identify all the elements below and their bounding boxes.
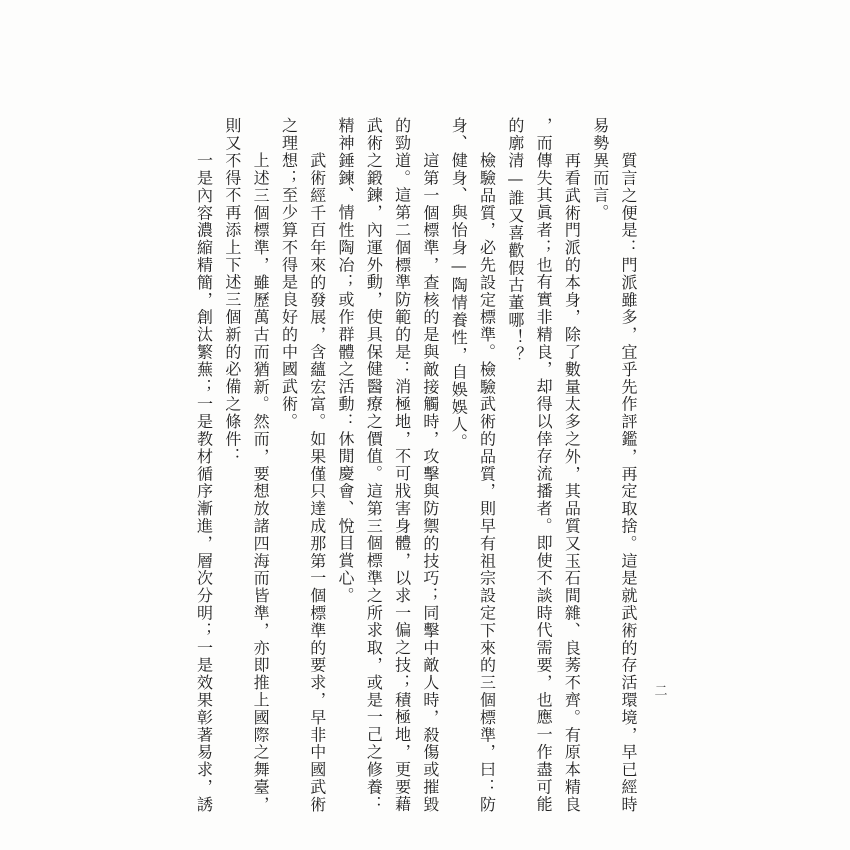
text-column: 武術經千百年來的發展，含蘊宏富。如果僅只達成那第一個標準的要求，早非中國武術	[302, 117, 330, 799]
book-page: 質言之便是：門派雖多，宜乎先作評鑑，再定取捨。這是就武術的存活環境，早已經時易勢…	[0, 0, 850, 850]
text-column: ，而傳失其眞者；也有實非精良，却得以倖存流播者。即使不談時代需要，也應一作盡可能	[529, 117, 557, 799]
text-column: 武術之鍛鍊，內運外動，使具保健醫療之價值。這第三個標準之所求取，或是一己之修養：	[359, 117, 387, 799]
text-column: 質言之便是：門派雖多，宜乎先作評鑑，再定取捨。這是就武術的存活環境，早已經時	[614, 117, 642, 799]
text-column: 則又不得不再添上下述三個新的必備之條件：	[218, 117, 246, 799]
text-column: 上述三個標準，雖歷萬古而猶新。然而，要想放諸四海而皆準，亦即推上國際之舞臺，	[246, 117, 274, 799]
text-column: 易勢異而言。	[585, 117, 613, 799]
text-column: 的廓清—誰又喜歡假古董哪！？	[501, 117, 529, 799]
text-column: 精神錘鍊、情性陶冶；或作群體之活動：休閒慶會、悅目賞心。	[331, 117, 359, 799]
page-number: 二	[648, 680, 674, 699]
text-column: 的勁道。這第二個標準防範的是：消極地，不可戕害身體，以求一偏之技；積極地，更要藉	[387, 117, 415, 799]
text-column: 這第一個標準，查核的是與敵接觸時，攻擊與防禦的技巧；同擊中敵人時，殺傷或摧毀	[416, 117, 444, 799]
text-column: 身、健身、與怡身—陶情養性，自娛娛人。	[444, 117, 472, 799]
text-column: 再看武術門派的本身，除了數量太多之外，其品質又玉石間雜、良莠不齊。有原本精良	[557, 117, 585, 799]
text-column: 一是內容濃縮精簡，創汰繁蕪；一是教材循序漸進，層次分明；一是效果彰著易求，誘	[189, 117, 217, 799]
text-column: 之理想；至少算不得是良好的中國武術。	[274, 117, 302, 799]
text-block: 質言之便是：門派雖多，宜乎先作評鑑，再定取捨。這是就武術的存活環境，早已經時易勢…	[188, 117, 642, 799]
text-column: 檢驗品質，必先設定標準。檢驗武術的品質，則早有祖宗設定下來的三個標準，曰：防	[472, 117, 500, 799]
